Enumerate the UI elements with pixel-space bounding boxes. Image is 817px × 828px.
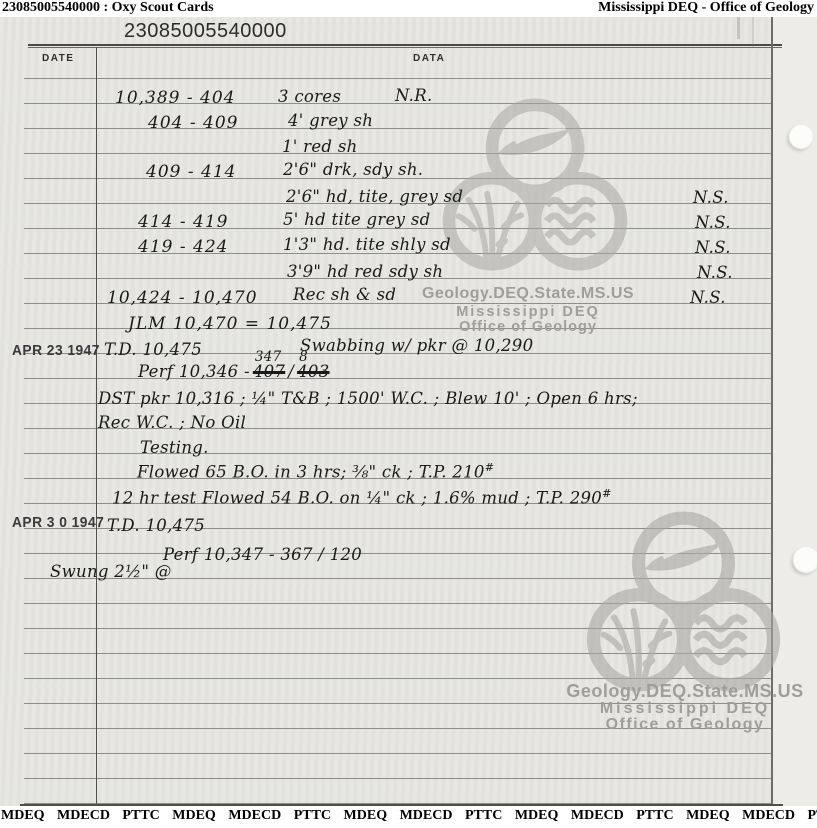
entry-flow-test: Flowed 65 B.O. in 3 hrs; ⅜" ck ; T.P. 21… <box>137 461 494 482</box>
scan-artifact <box>737 17 740 39</box>
watermark-org: Mississippi DEQ <box>388 304 668 320</box>
entry-td: T.D. 10,475 <box>107 516 205 535</box>
entry-description: 1' red sh <box>282 137 358 156</box>
entry-ns: N.S. <box>695 238 731 257</box>
window-title: 23085005540000 : Oxy Scout Cards <box>2 0 214 16</box>
entry-depth: 10,424 - 10,470 <box>107 288 258 308</box>
header-rule <box>28 44 782 46</box>
entry-depth: 10,389 - 404 <box>115 88 235 108</box>
perf-corrected-value: 8 <box>299 349 308 365</box>
entry-depth: 419 - 424 <box>138 237 228 257</box>
footer-ticker-bar: MDEQ MDECD PTTC MDEQ MDECD PTTC MDEQ MDE… <box>0 806 817 828</box>
entry-depth: 409 - 414 <box>146 162 236 182</box>
entry-flow-test: 12 hr test Flowed 54 B.O. on ¼" ck ; 1.6… <box>112 487 612 508</box>
watermark-office: Office of Geology <box>388 319 668 335</box>
date-stamp: APR 23 1947 <box>12 342 100 359</box>
hole-punch <box>793 547 817 573</box>
perf-corrected-value: 347 <box>255 349 282 365</box>
perf-correction-1: 347407 <box>253 362 285 381</box>
entry-perf: Perf 10,346 -347407/8403 <box>138 362 333 381</box>
watermark-url: Geology.DEQ.State.MS.US <box>535 681 817 702</box>
watermark-url: Geology.DEQ.State.MS.US <box>388 285 668 303</box>
scout-card-scan: Geology.DEQ.State.MS.US Mississippi DEQ … <box>0 17 817 806</box>
header-rule-2 <box>28 47 782 48</box>
entry-ns: N.S. <box>695 213 731 232</box>
perf-slash: / <box>288 362 294 381</box>
entry-testing: Testing. <box>140 438 209 457</box>
pound-mark: # <box>485 461 495 474</box>
entry-result: N.R. <box>395 86 433 105</box>
entry-swung: Swung 2½" @ <box>50 562 172 581</box>
entry-ns: N.S. <box>697 263 733 282</box>
pound-mark: # <box>602 487 612 500</box>
perf-prefix: Perf 10,346 - <box>138 362 250 381</box>
entry-note: Swabbing w/ pkr @ 10,290 <box>300 336 533 355</box>
entry-depth: 404 - 409 <box>148 113 238 133</box>
column-header-data: DATA <box>413 53 445 64</box>
entry-recovery: Rec W.C. ; No Oil <box>98 413 246 432</box>
entry-description: 2'6" drk, sdy sh. <box>283 160 423 179</box>
entry-description: Rec sh & sd <box>293 285 396 304</box>
perf-correction-2: 8403 <box>297 362 329 381</box>
printed-card-number: 23085005540000 <box>124 20 287 43</box>
entry-ns: N.S. <box>690 288 726 307</box>
entry-depth: 414 - 419 <box>138 212 228 232</box>
footer-ticker-text: MDEQ MDECD PTTC MDEQ MDECD PTTC MDEQ MDE… <box>1 808 817 824</box>
deq-logo-watermark <box>581 511 786 695</box>
entry-description: 1'3" hd. tite shly sd <box>283 235 451 254</box>
date-stamp: APR 3 0 1947 <box>12 514 104 531</box>
entry-log-note: JLM 10,470 = 10,475 <box>128 314 332 334</box>
entry-td: T.D. 10,475 <box>104 340 202 359</box>
column-header-date: DATE <box>42 53 74 64</box>
page: 23085005540000 : Oxy Scout Cards Mississ… <box>0 0 817 828</box>
entry-description: 2'6" hd, tite, grey sd <box>286 187 463 206</box>
date-column-divider <box>96 47 97 804</box>
entry-description: 3'9" hd red sdy sh <box>287 262 443 281</box>
entry-description: 5' hd tite grey sd <box>283 210 430 229</box>
top-title-bar: 23085005540000 : Oxy Scout Cards Mississ… <box>0 0 817 17</box>
scan-artifact <box>752 17 754 47</box>
entry-description: 3 cores <box>278 87 341 106</box>
entry-dst: DST pkr 10,316 ; ¼" T&B ; 1500' W.C. ; B… <box>98 389 638 408</box>
hole-punch <box>789 125 813 149</box>
agency-title: Mississippi DEQ - Office of Geology <box>598 0 814 16</box>
deq-logo-watermark <box>437 98 633 274</box>
entry-ns: N.S. <box>693 188 729 207</box>
watermark-office: Office of Geology <box>535 716 817 734</box>
entry-description: 4' grey sh <box>288 111 373 130</box>
entry-perf: Perf 10,347 - 367 / 120 <box>163 545 362 564</box>
